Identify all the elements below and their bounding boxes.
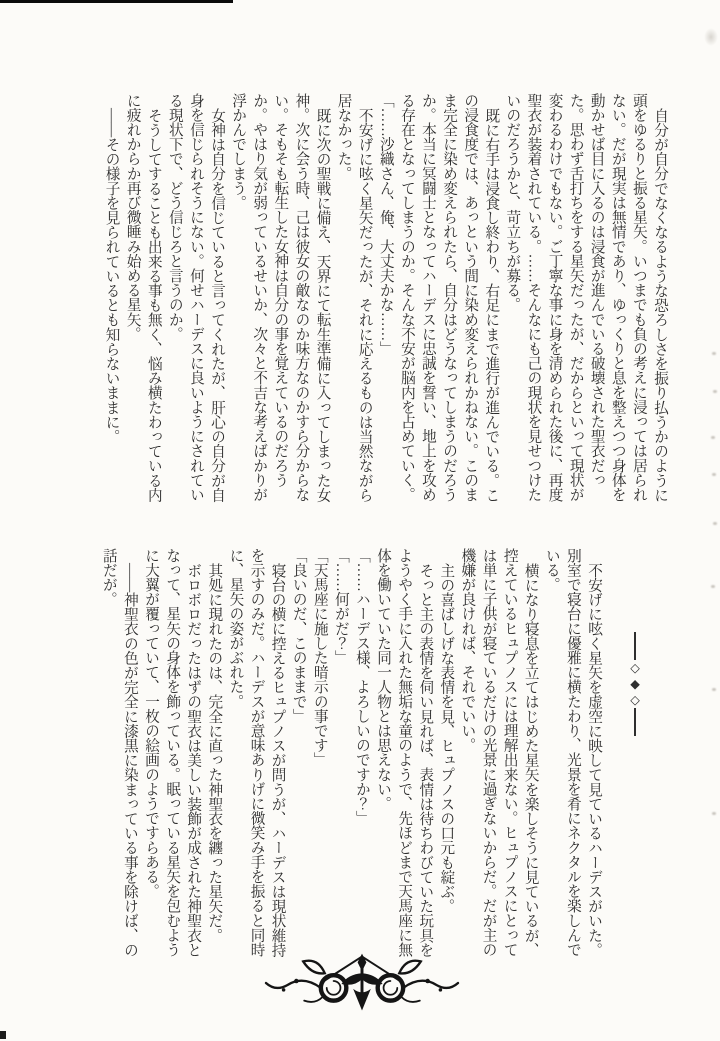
paragraph: ボロボロだったはずの聖衣は美しい装飾が成された神聖衣となって、星矢の身体を飾って… [140,548,203,964]
paragraph: 女神は自分を信じていると言ってくれたが、肝心の自分が自身を信じられそうにない。何… [164,93,227,506]
paragraph: ――神聖衣の色が完全に漆黒に染まっている事を除けば、の話だが。 [98,548,140,964]
paragraph: ――その様子を見られているとも知らないままに。 [100,93,121,506]
scan-artifact-dot [712,812,716,815]
dialogue-line: 「……沙織さん、俺、大丈夫かな……」 [375,93,396,506]
dialogue-line: 「天馬座に施した暗示の事です」 [309,548,330,964]
paragraph: 不安げに呟く星矢だったが、それに応えるものは当然ながら居なかった。 [333,93,375,506]
flourish-icon [264,952,460,1014]
paragraph: 主の喜ばしげな表情を見、ヒュプノスの口元も綻ぶ。 [435,548,456,964]
scan-artifact-corner-mark [0,1031,6,1039]
scan-artifact-dot [713,390,717,393]
section-divider: ◇ ◆ ◇ [626,632,644,736]
novel-text-upper-section: 自分が自分でなくなるような恐ろしさを振り払うかのように頭をゆるりと振る星矢。いつ… [100,93,670,506]
scan-artifact-dot [712,688,716,691]
scan-artifact-dot [713,522,717,525]
scan-artifact-top-strip [0,0,233,3]
paragraph: 寝台の横に控えるヒュプノスが問うが、ハーデスは現状維持を示すのみだ。ハーデスが意… [224,548,287,964]
floral-flourish-ornament [264,952,460,1019]
paragraph: 既に右手は浸食し終わり、右足にまで進行が進んでいる。この浸食度では、あっという間… [396,93,501,506]
divider-line [634,708,635,736]
diamond-outline-icon: ◇ [630,692,640,708]
paragraph: 不安げに呟く星矢を虚空に映して見ているハーデスがいた。別室で寝台に優雅に横たわり… [541,548,604,964]
dialogue-line: 「……何がだ？」 [330,548,351,964]
paragraph: 横になり寝息を立てはじめた星矢を楽しそうに見ているが、控えているヒュプノスには理… [456,548,540,964]
paragraph: 自分が自分でなくなるような恐ろしさを振り払うかのように頭をゆるりと振る星矢。いつ… [501,93,670,506]
paragraph: そっと主の表情を伺い見れば、表情は待ちわびていた玩具をようやく手に入れた無垢な童… [372,548,435,964]
diamond-outline-icon: ◇ [630,660,640,676]
diamond-filled-icon: ◆ [630,676,640,692]
divider-line [634,632,635,660]
novel-text-lower-section: ◇ ◆ ◇ 不安げに呟く星矢を虚空に映して見ているハーデスがいた。別室で寝台に優… [98,548,666,964]
dialogue-line: 「良いのだ、このままで」 [288,548,309,964]
scan-artifact-dot [712,473,716,476]
paragraph: 其処に現れたのは、完全に直った神聖衣を纏った星矢だ。 [203,548,224,964]
scan-artifact-smudge [704,28,718,46]
dialogue-line: 「……ハーデス様、よろしいのですか？」 [351,548,372,964]
scan-artifact-dot [711,585,715,588]
scanned-novel-page: { "page": { "colors": { "paper": "#fcfbf… [0,0,720,1041]
paragraph: 既に次の聖戦に備え、天界にて転生準備に入ってしまった女神。次に会う時、己は彼女の… [227,93,332,506]
scan-artifact-dot [712,352,716,355]
paragraph: そうしてすることも出来る事も無く、悩み横たわっている内に疲れからか再び微睡み始め… [122,93,164,506]
scene-break-column: ◇ ◆ ◇ [604,548,666,964]
scan-artifact-dot [711,436,715,439]
